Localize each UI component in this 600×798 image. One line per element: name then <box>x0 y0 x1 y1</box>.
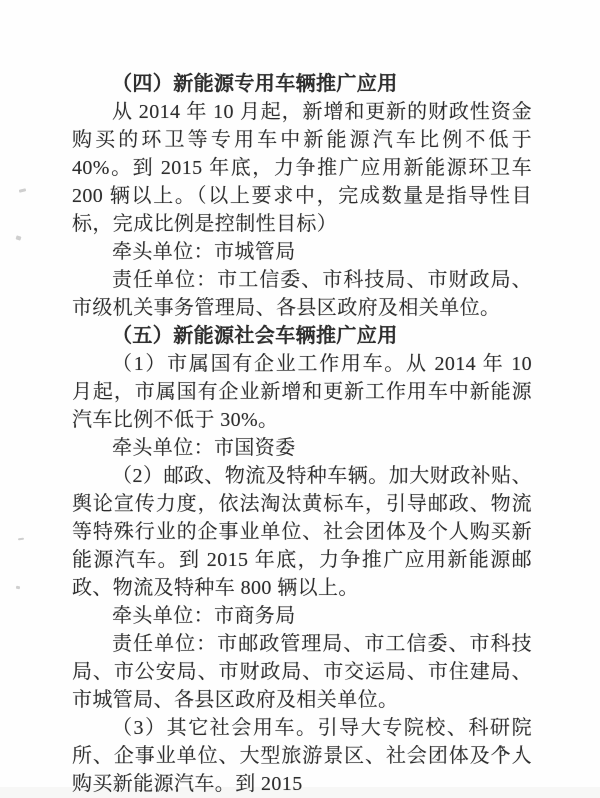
lead-unit-line: 牵头单位：市商务局 <box>72 602 532 630</box>
responsible-unit-line: 责任单位：市邮政管理局、市工信委、市科技局、市公安局、市财政局、市交运局、市住建… <box>72 630 532 714</box>
lead-unit-line: 牵头单位：市国资委 <box>72 434 532 462</box>
section-heading-4: （四）新能源专用车辆推广应用 <box>72 70 532 98</box>
document-content: （四）新能源专用车辆推广应用 从 2014 年 10 月起，新增和更新的财政性资… <box>72 70 532 787</box>
body-paragraph: （1）市属国有企业工作用车。从 2014 年 10 月起，市属国有企业新增和更新… <box>72 350 532 434</box>
body-paragraph: （2）邮政、物流及特种车辆。加大财政补贴、舆论宣传力度，依法淘汰黄标车，引导邮政… <box>72 462 532 602</box>
scan-artifact <box>16 235 22 240</box>
body-paragraph: （3）其它社会用车。引导大专院校、科研院所、企事业单位、大型旅游景区、社会团体及… <box>72 714 532 787</box>
section-heading-5: （五）新能源社会车辆推广应用 <box>72 322 532 350</box>
scan-artifact <box>18 538 24 541</box>
responsible-unit-line: 责任单位：市工信委、市科技局、市财政局、市级机关事务管理局、各县区政府及相关单位… <box>72 266 532 322</box>
page-number: - 5 - <box>484 744 524 761</box>
lead-unit-line: 牵头单位：市城管局 <box>72 238 532 266</box>
document-page: （四）新能源专用车辆推广应用 从 2014 年 10 月起，新增和更新的财政性资… <box>0 0 600 787</box>
scan-artifact <box>16 586 21 590</box>
scan-artifact <box>19 188 27 193</box>
body-paragraph: 从 2014 年 10 月起，新增和更新的财政性资金购买的环卫等专用车中新能源汽… <box>72 98 532 238</box>
